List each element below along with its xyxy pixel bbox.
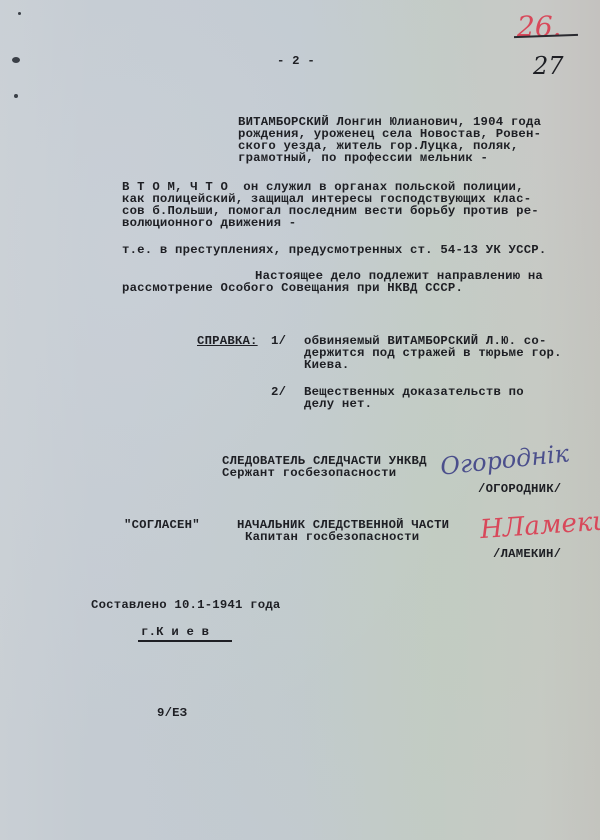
reference-label: СПРАВКА: (197, 335, 258, 348)
crimes-line: т.е. в преступлениях, предусмотренных ст… (122, 244, 546, 257)
archive-number-old: 26. (517, 10, 562, 43)
punch-hole (12, 57, 20, 63)
approval-signature: НЛамекин (479, 505, 600, 545)
approval-name: /ЛАМЕКИН/ (493, 548, 561, 561)
referral-line: рассмотрение Особого Совещания при НКВД … (122, 282, 463, 295)
punch-mark (14, 94, 18, 98)
city-underline (138, 640, 232, 642)
footer-code: 9/ЕЗ (157, 707, 187, 720)
reference-item-line: Киева. (304, 359, 349, 372)
investigator-rank: Сержант госбезопасности (222, 467, 396, 480)
accusation-line: волюционного движения - (122, 217, 296, 230)
city: г.К и е в (141, 626, 209, 639)
punch-mark (18, 12, 21, 15)
approval-rank: Капитан госбезопасности (245, 531, 419, 544)
reference-item-number: 1/ (271, 335, 286, 348)
approval-label: "СОГЛАСЕН" (124, 519, 200, 532)
archive-number-new: 27 (533, 52, 564, 80)
composed-date: Составлено 10.1-1941 года (91, 599, 280, 612)
defendant-line: грамотный, по профессии мельник - (238, 152, 488, 165)
reference-item-line: делу нет. (304, 398, 372, 411)
page-number: - 2 - (277, 55, 315, 68)
reference-item-number: 2/ (271, 386, 286, 399)
investigator-signature: Огороднік (439, 439, 570, 480)
investigator-name: /ОГОРОДНИК/ (478, 483, 561, 496)
